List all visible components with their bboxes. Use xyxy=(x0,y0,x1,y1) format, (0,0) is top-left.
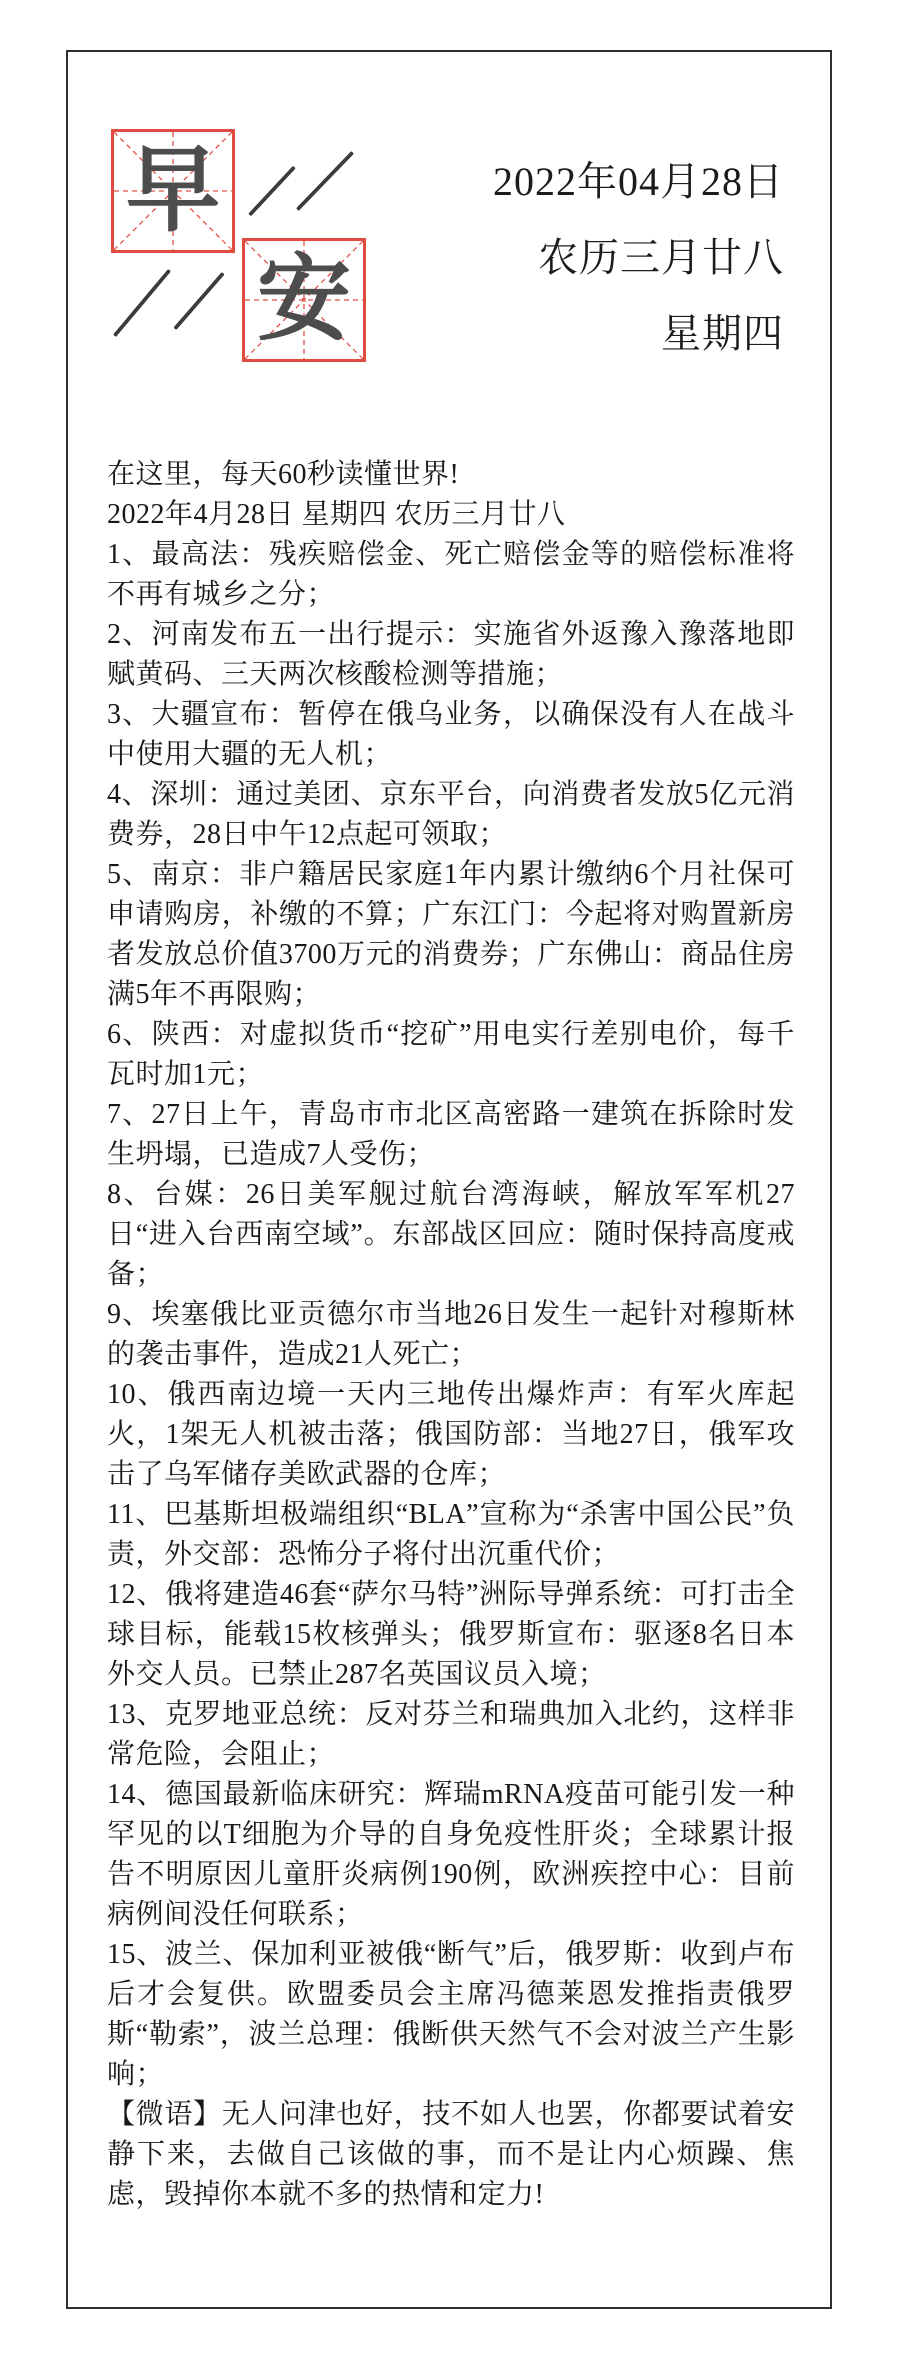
news-item: 10、俄西南边境一天内三地传出爆炸声：有军火库起火，1架无人机被击落；俄国防部：… xyxy=(107,1375,795,1495)
header-lunar-line: 农历三月廿八 xyxy=(493,220,784,296)
an-grid-box: 安 xyxy=(242,238,366,362)
news-item: 6、陕西：对虚拟货币“挖矿”用电实行差别电价，每千瓦时加1元； xyxy=(107,1015,795,1095)
header-weekday-line: 星期四 xyxy=(493,296,784,372)
news-item: 5、南京：非户籍居民家庭1年内累计缴纳6个月社保可申请购房，补缴的不算；广东江门… xyxy=(107,855,795,1015)
news-item: 7、27日上午，青岛市市北区高密路一建筑在拆除时发生坍塌，已造成7人受伤； xyxy=(107,1095,795,1175)
news-item: 13、克罗地亚总统：反对芬兰和瑞典加入北约，这样非常危险，会阻止； xyxy=(107,1695,795,1775)
news-item: 3、大疆宣布：暂停在俄乌业务，以确保没有人在战斗中使用大疆的无人机； xyxy=(107,695,795,775)
double-slash-icon xyxy=(248,166,296,217)
double-slash-icon xyxy=(296,151,354,211)
header-date-line: 2022年04月28日 xyxy=(493,144,784,220)
body-date-line: 2022年4月28日 星期四 农历三月廿八 xyxy=(107,495,795,535)
weiyu-paragraph: 【微语】无人问津也好，技不如人也罢，你都要试着安静下来，去做自己该做的事，而不是… xyxy=(107,2095,795,2215)
double-slash-icon xyxy=(113,269,171,337)
logo-char-an: 安 xyxy=(245,241,363,359)
zao-grid-box: 早 xyxy=(111,129,235,253)
news-item: 9、埃塞俄比亚贡德尔市当地26日发生一起针对穆斯林的袭击事件，造成21人死亡； xyxy=(107,1295,795,1375)
news-item: 8、台媒：26日美军舰过航台湾海峡，解放军军机27日“进入台西南空域”。东部战区… xyxy=(107,1175,795,1295)
news-item: 4、深圳：通过美团、京东平台，向消费者发放5亿元消费券，28日中午12点起可领取… xyxy=(107,775,795,855)
logo-char-zao: 早 xyxy=(114,132,232,250)
news-item: 14、德国最新临床研究：辉瑞mRNA疫苗可能引发一种罕见的以T细胞为介导的自身免… xyxy=(107,1775,795,1935)
news-item: 1、最高法：残疾赔偿金、死亡赔偿金等的赔偿标准将不再有城乡之分； xyxy=(107,535,795,615)
header-date-block: 2022年04月28日 农历三月廿八 星期四 xyxy=(493,144,784,372)
news-item: 12、俄将建造46套“萨尔马特”洲际导弹系统：可打击全球目标，能载15枚核弹头；… xyxy=(107,1575,795,1695)
news-item: 2、河南发布五一出行提示：实施省外返豫入豫落地即赋黄码、三天两次核酸检测等措施； xyxy=(107,615,795,695)
page-frame: 早 安 2022年04月28日 农历三月廿八 星期四 在这里，每天60秒读懂世界… xyxy=(66,50,832,2309)
news-body: 在这里，每天60秒读懂世界! 2022年4月28日 星期四 农历三月廿八 1、最… xyxy=(107,455,795,2215)
news-item: 15、波兰、保加利亚被俄“断气”后，俄罗斯：收到卢布后才会复供。欧盟委员会主席冯… xyxy=(107,1935,795,2095)
double-slash-icon xyxy=(173,272,225,330)
news-item: 11、巴基斯坦极端组织“BLA”宣称为“杀害中国公民”负责，外交部：恐怖分子将付… xyxy=(107,1495,795,1575)
intro-line: 在这里，每天60秒读懂世界! xyxy=(107,455,795,495)
